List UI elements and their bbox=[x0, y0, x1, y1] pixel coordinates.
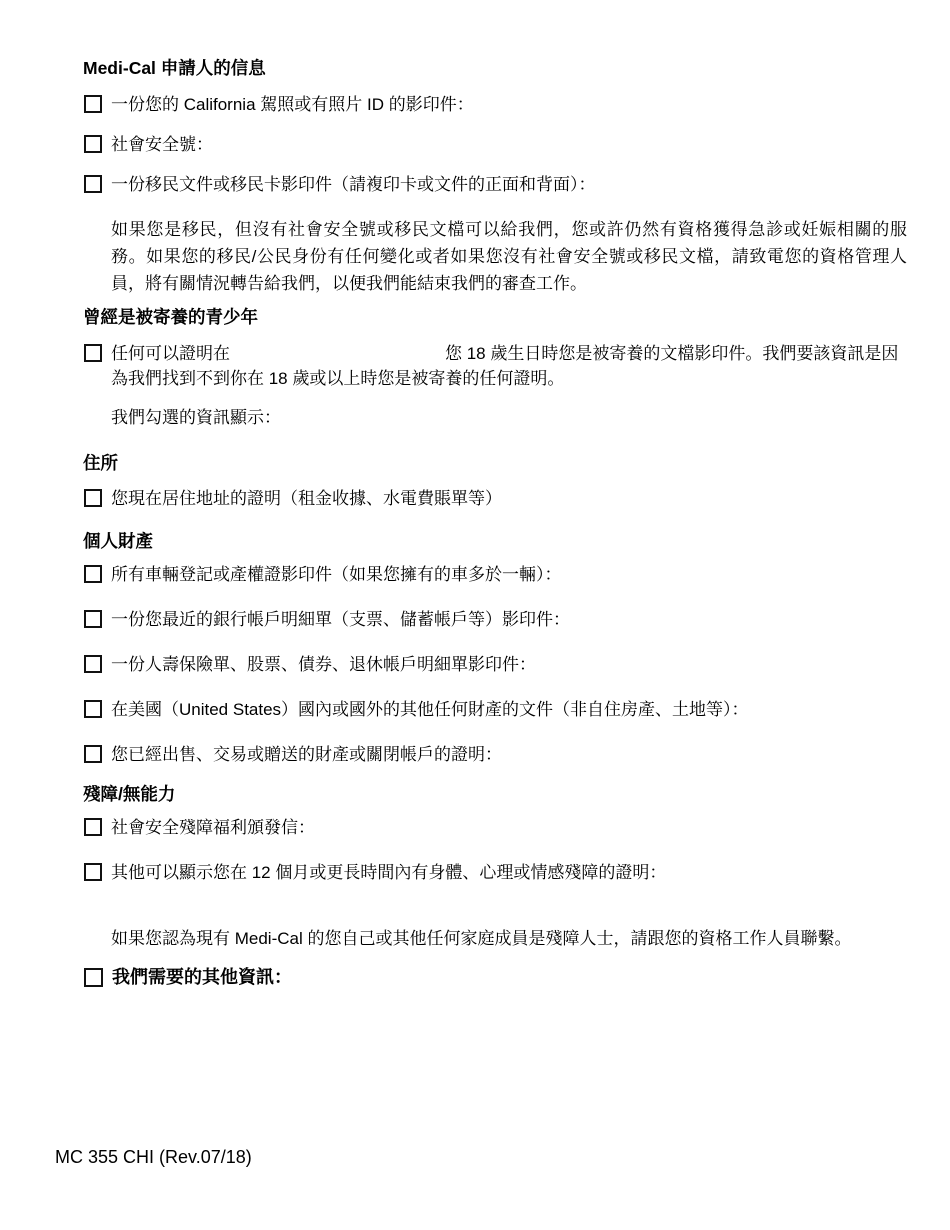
ssa-disability-letter-label: 社會安全殘障福利頒發信： bbox=[111, 815, 907, 840]
medi-cal-form-page: Medi-Cal 申請人的信息 一份您的 California 駕照或有照片 I… bbox=[0, 0, 950, 1230]
checkbox-life-insurance-stocks[interactable] bbox=[84, 655, 102, 673]
disability-note: 如果您認為現有 Medi-Cal 的您自己或其他任何家庭成員是殘障人士，請跟您的… bbox=[111, 925, 907, 952]
section-heading-personal-property: 個人財產 bbox=[83, 531, 907, 552]
ssn-label: 社會安全號： bbox=[111, 132, 907, 157]
immigration-document-label: 一份移民文件或移民卡影印件（請複印卡或文件的正面和背面）： bbox=[111, 172, 907, 197]
immigration-note: 如果您是移民，但沒有社會安全號或移民文檔可以給我們，您或許仍然有資格獲得急診或妊… bbox=[111, 216, 907, 297]
form-number: MC 355 CHI (Rev.07/18) bbox=[55, 1146, 252, 1168]
checkbox-row: 您現在居住地址的證明（租金收據、水電費賬單等） bbox=[83, 486, 907, 511]
checkbox-vehicle-registration[interactable] bbox=[84, 565, 102, 583]
checkbox-row: 一份移民文件或移民卡影印件（請複印卡或文件的正面和背面）： bbox=[83, 172, 907, 197]
checkbox-row: 社會安全殘障福利頒發信： bbox=[83, 815, 907, 840]
checkbox-ssa-disability-letter[interactable] bbox=[84, 818, 102, 836]
foster-date-blank-field[interactable] bbox=[230, 357, 445, 359]
checkbox-row: 一份人壽保險單、股票、債券、退休帳戶明細單影印件： bbox=[83, 652, 907, 677]
checkbox-foster-proof[interactable] bbox=[84, 344, 102, 362]
other-property-label: 在美國（United States）國內或國外的其他任何財產的文件（非自住房產、… bbox=[111, 697, 907, 722]
section-heading-disability: 殘障/無能力 bbox=[83, 784, 907, 805]
checkbox-row: 您已經出售、交易或贈送的財產或關閉帳戶的證明： bbox=[83, 742, 907, 767]
foster-proof-label-before: 任何可以證明在 bbox=[111, 344, 230, 363]
checkbox-row: 在美國（United States）國內或國外的其他任何財產的文件（非自住房產、… bbox=[83, 697, 907, 722]
drivers-license-label: 一份您的 California 駕照或有照片 ID 的影印件： bbox=[111, 92, 907, 117]
bank-statement-label: 一份您最近的銀行帳戶明細單（支票、儲蓄帳戶等）影印件： bbox=[111, 607, 907, 632]
checkbox-drivers-license[interactable] bbox=[84, 95, 102, 113]
checkbox-residence-proof[interactable] bbox=[84, 489, 102, 507]
residence-proof-label: 您現在居住地址的證明（租金收據、水電費賬單等） bbox=[111, 486, 907, 511]
checkbox-row: 社會安全號： bbox=[83, 132, 907, 157]
checkbox-row: 其他可以顯示您在 12 個月或更長時間內有身體、心理或情感殘障的證明： bbox=[83, 860, 907, 885]
checkbox-other-disability-proof[interactable] bbox=[84, 863, 102, 881]
checkbox-other-information[interactable] bbox=[84, 968, 103, 987]
checkbox-sold-property[interactable] bbox=[84, 745, 102, 763]
checkbox-bank-statement[interactable] bbox=[84, 610, 102, 628]
sold-property-label: 您已經出售、交易或贈送的財產或關閉帳戶的證明： bbox=[111, 742, 907, 767]
checkbox-row: 所有車輛登記或產權證影印件（如果您擁有的車多於一輛）： bbox=[83, 562, 907, 587]
vehicle-registration-label: 所有車輛登記或產權證影印件（如果您擁有的車多於一輛）： bbox=[111, 562, 907, 587]
checkbox-row: 一份您的 California 駕照或有照片 ID 的影印件： bbox=[83, 92, 907, 117]
checkbox-row: 我們需要的其他資訊： bbox=[83, 965, 907, 990]
checkbox-immigration-document[interactable] bbox=[84, 175, 102, 193]
section-heading-applicant-info: Medi-Cal 申請人的信息 bbox=[83, 58, 907, 79]
checkbox-row: 一份您最近的銀行帳戶明細單（支票、儲蓄帳戶等）影印件： bbox=[83, 607, 907, 632]
other-information-label: 我們需要的其他資訊： bbox=[112, 965, 907, 990]
section-heading-residence: 住所 bbox=[83, 453, 907, 474]
foster-proof-label: 任何可以證明在您 18 歲生日時您是被寄養的文檔影印件。我們要該資訊是因為我們找… bbox=[111, 341, 907, 391]
form-content: Medi-Cal 申請人的信息 一份您的 California 駕照或有照片 I… bbox=[83, 58, 907, 990]
checkbox-other-property[interactable] bbox=[84, 700, 102, 718]
checked-info-note: 我們勾選的資訊顯示： bbox=[111, 405, 907, 430]
other-disability-proof-label: 其他可以顯示您在 12 個月或更長時間內有身體、心理或情感殘障的證明： bbox=[111, 860, 907, 885]
section-heading-former-foster-youth: 曾經是被寄養的青少年 bbox=[83, 307, 907, 328]
life-insurance-stocks-label: 一份人壽保險單、股票、債券、退休帳戶明細單影印件： bbox=[111, 652, 907, 677]
checkbox-ssn[interactable] bbox=[84, 135, 102, 153]
checkbox-row: 任何可以證明在您 18 歲生日時您是被寄養的文檔影印件。我們要該資訊是因為我們找… bbox=[83, 341, 907, 391]
